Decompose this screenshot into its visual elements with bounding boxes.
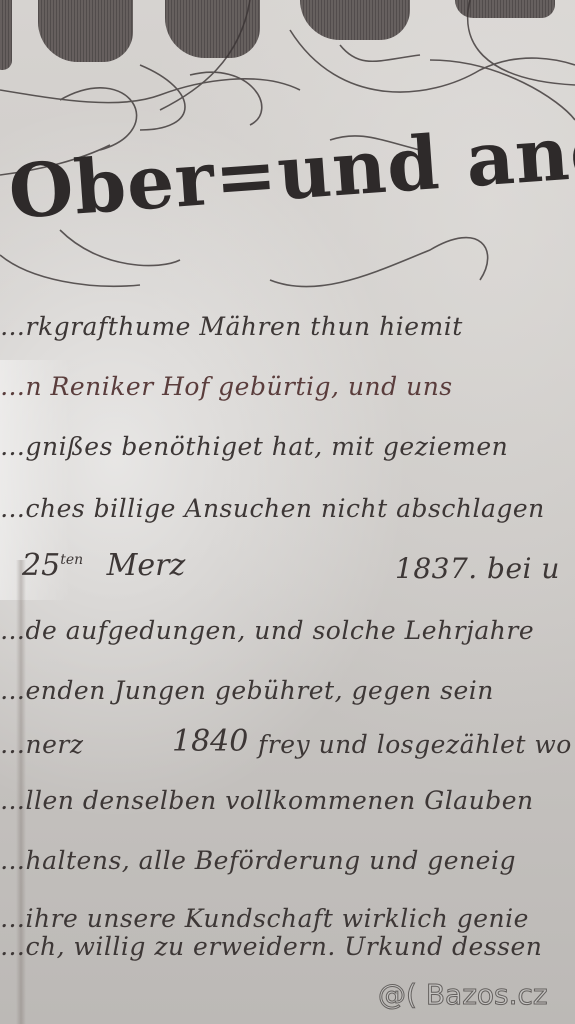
handwritten-line-2: …n Reniker Hof gebürtig, und uns: [0, 372, 453, 401]
start-date: 25ten Merz: [22, 548, 185, 583]
bazos-watermark: @( Bazos.cz: [378, 978, 548, 1011]
start-day: 25: [22, 548, 60, 583]
end-year: 1840: [172, 724, 248, 759]
ornament-4: [455, 0, 555, 18]
handwritten-line-6: …de aufgedungen, und solche Lehrjahre: [0, 616, 534, 645]
handwritten-line-11: …ihre unsere Kundschaft wirklich genie: [0, 904, 529, 933]
handwritten-line-5: 1837. bei u: [395, 552, 560, 585]
handwritten-line-12: …ch, willig zu erweidern. Urkund dessen: [0, 932, 542, 961]
handwritten-line-4: …ches billige Ansuchen nicht abschlagen: [0, 494, 545, 523]
ornament-3: [300, 0, 410, 40]
start-day-suffix: ten: [60, 552, 83, 568]
ornament-1: [38, 0, 133, 62]
handwritten-line-8: frey und losgezählet wo: [258, 730, 572, 759]
ornament-2: [165, 0, 260, 58]
handwritten-line-1: …rkgrafthume Mähren thun hiemit: [0, 312, 463, 341]
end-month-fragment: …nerz: [0, 730, 84, 759]
handwritten-line-10: …haltens, alle Beförderung und geneig: [0, 846, 516, 875]
document-photo: Ober=und ander …rkgrafthume Mähren thun …: [0, 0, 575, 1024]
handwritten-line-9: …llen denselben vollkommenen Glauben: [0, 786, 534, 815]
handwritten-line-7: …enden Jungen gebühret, gegen sein: [0, 676, 494, 705]
ornament-left-edge: [0, 0, 12, 70]
engraved-header-ornaments: [0, 0, 575, 70]
start-month: Merz: [107, 548, 186, 583]
handwritten-line-3: …gnißes benöthiget hat, mit geziemen: [0, 432, 508, 461]
document-heading: Ober=und ander: [6, 101, 575, 236]
